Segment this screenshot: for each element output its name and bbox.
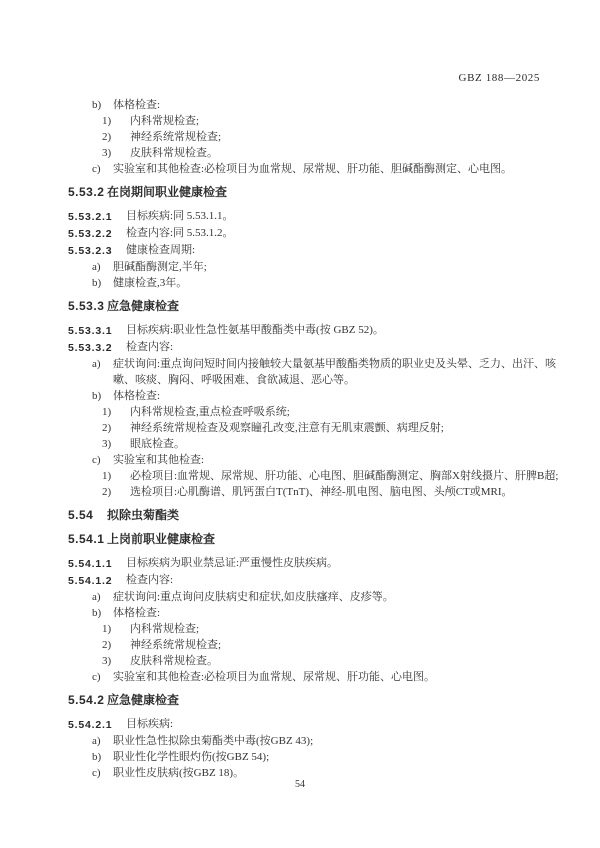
item-label: a): [92, 356, 113, 372]
section-heading: 5.53.2在岗期间职业健康检查: [68, 184, 560, 200]
list-item: b)健康检查,3年。: [92, 275, 560, 291]
list-subitem: 1)必检项目:血常规、尿常规、肝功能、心电图、胆碱酯酶测定、胸部X射线摄片、肝脾…: [102, 468, 560, 484]
item-text: 职业性化学性眼灼伤(按GBZ 54);: [113, 749, 560, 765]
item-label: b): [92, 97, 113, 113]
clause-line: 5.53.2.3健康检查周期:: [68, 242, 560, 259]
item-label: b): [92, 275, 113, 291]
clause-line: 5.53.2.1目标疾病:同 5.53.1.1。: [68, 208, 560, 225]
item-text: 神经系统常规检查及观察瞳孔改变,注意有无肌束震颤、病理反射;: [130, 420, 560, 436]
section-title: 拟除虫菊酯类: [107, 507, 560, 523]
item-label: 1): [102, 113, 130, 129]
list-item: b)体格检查:: [92, 605, 560, 621]
list-subitem: 2)神经系统常规检查及观察瞳孔改变,注意有无肌束震颤、病理反射;: [102, 420, 560, 436]
clause-text: 目标疾病:: [126, 716, 560, 732]
item-text: 选检项目:心肌酶谱、肌钙蛋白T(TnT)、神经-肌电图、脑电图、头颅CT或MRI…: [130, 484, 560, 500]
item-text: 神经系统常规检查;: [130, 637, 560, 653]
list-subitem: 1)内科常规检查;: [102, 113, 560, 129]
item-text: 体格检查:: [113, 605, 560, 621]
clause-text: 目标疾病:职业性急性氨基甲酸酯类中毒(按 GBZ 52)。: [126, 322, 560, 338]
item-label: a): [92, 589, 113, 605]
item-text: 实验室和其他检查:: [113, 452, 560, 468]
list-subitem: 3)皮肤科常规检查。: [102, 653, 560, 669]
list-subitem: 1)内科常规检查,重点检查呼吸系统;: [102, 404, 560, 420]
clause-line: 5.53.3.1目标疾病:职业性急性氨基甲酸酯类中毒(按 GBZ 52)。: [68, 322, 560, 339]
item-label: 2): [102, 420, 130, 436]
page-number: 54: [0, 779, 600, 790]
item-label: 2): [102, 484, 130, 500]
clause-text: 目标疾病为职业禁忌证:严重慢性皮肤疾病。: [126, 555, 560, 571]
item-text: 内科常规检查,重点检查呼吸系统;: [130, 404, 560, 420]
section-heading: 5.54拟除虫菊酯类: [68, 507, 560, 523]
section-heading: 5.54.2应急健康检查: [68, 692, 560, 708]
document-page: { "page": { "header_right": "GBZ 188—202…: [0, 0, 600, 848]
clause-number: 5.53.3.1: [68, 322, 126, 339]
item-text: 内科常规检查;: [130, 113, 560, 129]
clause-line: 5.53.3.2检查内容:: [68, 339, 560, 356]
section-number: 5.53.3: [68, 298, 107, 314]
item-label: b): [92, 388, 113, 404]
clause-line: 5.54.1.1目标疾病为职业禁忌证:严重慢性皮肤疾病。: [68, 555, 560, 572]
section-heading: 5.54.1上岗前职业健康检查: [68, 531, 560, 547]
item-label: c): [92, 669, 113, 685]
item-label: c): [92, 161, 113, 177]
item-label: a): [92, 733, 113, 749]
item-text: 症状询问:重点询问皮肤病史和症状,如皮肤瘙痒、皮疹等。: [113, 589, 560, 605]
list-subitem: 2)神经系统常规检查;: [102, 637, 560, 653]
item-text: 皮肤科常规检查。: [130, 653, 560, 669]
item-label: 1): [102, 468, 130, 484]
list-item: a)胆碱酯酶测定,半年;: [92, 259, 560, 275]
section-title: 上岗前职业健康检查: [107, 531, 560, 547]
list-item: a)职业性急性拟除虫菊酯类中毒(按GBZ 43);: [92, 733, 560, 749]
item-text: 眼底检查。: [130, 436, 560, 452]
list-subitem: 2)选检项目:心肌酶谱、肌钙蛋白T(TnT)、神经-肌电图、脑电图、头颅CT或M…: [102, 484, 560, 500]
item-text: 症状询问:重点询问短时间内接触较大量氨基甲酸酯类物质的职业史及头晕、乏力、出汗、…: [113, 356, 560, 388]
list-item: a)症状询问:重点询问皮肤病史和症状,如皮肤瘙痒、皮疹等。: [92, 589, 560, 605]
list-item: b)体格检查:: [92, 388, 560, 404]
clause-number: 5.54.1.1: [68, 555, 126, 572]
clause-text: 检查内容:: [126, 339, 560, 355]
standard-number: GBZ 188—2025: [459, 72, 540, 84]
clause-number: 5.53.2.1: [68, 208, 126, 225]
item-text: 实验室和其他检查:必检项目为血常规、尿常规、肝功能、心电图。: [113, 669, 560, 685]
list-item: c)实验室和其他检查:: [92, 452, 560, 468]
clause-number: 5.54.2.1: [68, 716, 126, 733]
item-label: c): [92, 452, 113, 468]
item-text: 体格检查:: [113, 97, 560, 113]
clause-line: 5.54.2.1目标疾病:: [68, 716, 560, 733]
standard-number-header: GBZ 188—2025: [0, 72, 540, 84]
list-subitem: 2)神经系统常规检查;: [102, 129, 560, 145]
clause-number: 5.54.1.2: [68, 572, 126, 589]
item-text: 体格检查:: [113, 388, 560, 404]
section-title: 应急健康检查: [107, 692, 560, 708]
list-item: b)职业性化学性眼灼伤(按GBZ 54);: [92, 749, 560, 765]
item-text: 必检项目:血常规、尿常规、肝功能、心电图、胆碱酯酶测定、胸部X射线摄片、肝脾B超…: [130, 468, 560, 484]
item-label: 3): [102, 436, 130, 452]
item-text: 实验室和其他检查:必检项目为血常规、尿常规、肝功能、胆碱酯酶测定、心电图。: [113, 161, 560, 177]
item-text: 健康检查,3年。: [113, 275, 560, 291]
item-label: 1): [102, 404, 130, 420]
list-subitem: 3)皮肤科常规检查。: [102, 145, 560, 161]
section-number: 5.53.2: [68, 184, 107, 200]
item-text: 神经系统常规检查;: [130, 129, 560, 145]
clause-text: 目标疾病:同 5.53.1.1。: [126, 208, 560, 224]
list-item: a)症状询问:重点询问短时间内接触较大量氨基甲酸酯类物质的职业史及头晕、乏力、出…: [92, 356, 560, 388]
item-label: 2): [102, 129, 130, 145]
clause-text: 检查内容:同 5.53.1.2。: [126, 225, 560, 241]
section-heading: 5.53.3应急健康检查: [68, 298, 560, 314]
item-label: b): [92, 749, 113, 765]
list-subitem: 3)眼底检查。: [102, 436, 560, 452]
item-label: 2): [102, 637, 130, 653]
item-label: 1): [102, 621, 130, 637]
list-item: b)体格检查:: [92, 97, 560, 113]
item-label: b): [92, 605, 113, 621]
list-item: c)实验室和其他检查:必检项目为血常规、尿常规、肝功能、胆碱酯酶测定、心电图。: [92, 161, 560, 177]
section-number: 5.54.1: [68, 531, 107, 547]
item-label: 3): [102, 653, 130, 669]
item-text: 内科常规检查;: [130, 621, 560, 637]
section-title: 应急健康检查: [107, 298, 560, 314]
clause-line: 5.54.1.2检查内容:: [68, 572, 560, 589]
item-label: a): [92, 259, 113, 275]
list-item: c)实验室和其他检查:必检项目为血常规、尿常规、肝功能、心电图。: [92, 669, 560, 685]
clause-text: 健康检查周期:: [126, 242, 560, 258]
item-text: 皮肤科常规检查。: [130, 145, 560, 161]
clause-line: 5.53.2.2检查内容:同 5.53.1.2。: [68, 225, 560, 242]
clause-number: 5.53.3.2: [68, 339, 126, 356]
item-text: 胆碱酯酶测定,半年;: [113, 259, 560, 275]
clause-text: 检查内容:: [126, 572, 560, 588]
clause-number: 5.53.2.3: [68, 242, 126, 259]
section-number: 5.54.2: [68, 692, 107, 708]
item-text: 职业性急性拟除虫菊酯类中毒(按GBZ 43);: [113, 733, 560, 749]
section-title: 在岗期间职业健康检查: [107, 184, 560, 200]
item-label: 3): [102, 145, 130, 161]
clause-number: 5.53.2.2: [68, 225, 126, 242]
list-subitem: 1)内科常规检查;: [102, 621, 560, 637]
section-number: 5.54: [68, 507, 107, 523]
content-area: b)体格检查: 1)内科常规检查; 2)神经系统常规检查; 3)皮肤科常规检查。…: [68, 97, 560, 781]
